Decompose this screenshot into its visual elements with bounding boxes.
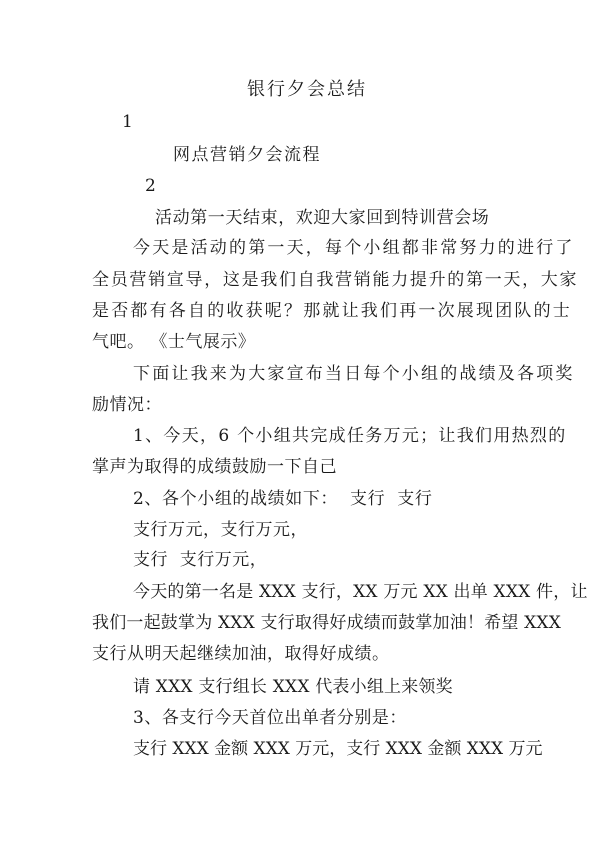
paragraph-line: 支行万元，支行万元， — [133, 519, 308, 541]
paragraph-line: 支行 XXX 金额 XXX 万元，支行 XXX 金额 XXX 万元 — [133, 738, 542, 760]
section-number-1: 1 — [122, 111, 133, 133]
paragraph-line: 1、今天，6 个小组共完成任务万元；让我们用热烈的 — [133, 425, 567, 447]
paragraph-line: 今天的第一名是 XXX 支行，XX 万元 XX 出单 XXX 件，让 — [133, 581, 588, 603]
document-title: 银行夕会总结 — [247, 79, 367, 101]
paragraph-line: 下面让我来为大家宣布当日每个小组的战绩及各项奖 — [133, 363, 575, 385]
paragraph-line: 支行 支行万元， — [133, 549, 267, 571]
paragraph-line: 3、各支行今天首位出单者分别是： — [133, 707, 407, 729]
paragraph-line: 请 XXX 支行组长 XXX 代表小组上来领奖 — [133, 676, 453, 698]
paragraph-line: 今天是活动的第一天，每个小组都非常努力的进行了 — [133, 237, 575, 259]
section-subtitle: 网点营销夕会流程 — [173, 144, 321, 166]
paragraph-line: 全员营销宣导，这是我们自我营销能力提升的第一天，大家 — [92, 269, 578, 291]
paragraph-line: 励情况： — [92, 394, 162, 416]
document-page: 银行夕会总结 1 网点营销夕会流程 2 活动第一天结束，欢迎大家回到特训营会场 … — [0, 0, 600, 850]
paragraph-line: 气吧。 《士气展示》 — [92, 331, 255, 353]
paragraph-line: 掌声为取得的成绩鼓励一下自己 — [92, 456, 337, 478]
paragraph-line: 我们一起鼓掌为 XXX 支行取得好成绩而鼓掌加油！希望 XXX — [92, 612, 561, 634]
paragraph-line: 是否都有各自的收获呢？那就让我们再一次展现团队的士 — [92, 300, 572, 322]
paragraph-line: 2、各个小组的战绩如下： 支行 支行 — [133, 488, 432, 510]
intro-line: 活动第一天结束，欢迎大家回到特训营会场 — [155, 207, 489, 229]
section-number-2: 2 — [145, 175, 156, 197]
paragraph-line: 支行从明天起继续加油，取得好成绩。 — [92, 643, 390, 665]
